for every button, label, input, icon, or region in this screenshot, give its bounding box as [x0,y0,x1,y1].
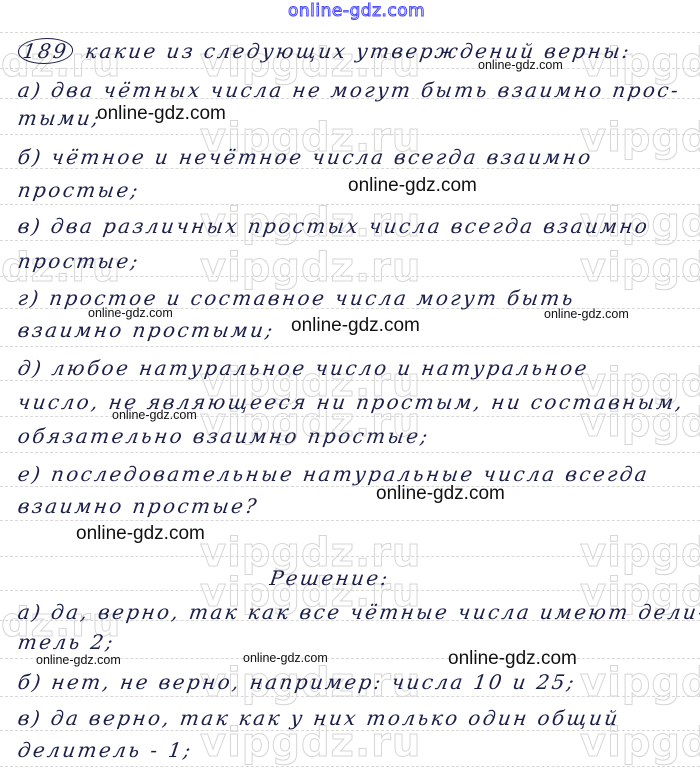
vip-watermark: vipgdz.ru [580,115,700,161]
problem-line-4: простые; [16,178,141,202]
solution-line-0: а) да, верно, так как все чётные числа и… [16,600,700,624]
top-watermark: online-gdz.com [288,1,425,21]
problem-line-8: взаимно простыми; [16,318,276,342]
watermark: online-gdz.com [88,306,173,320]
solution-line-1: тель 2; [16,630,116,654]
solution-line-2: б) нет, не верно, например: числа 10 и 2… [16,670,578,694]
watermark: online-gdz.com [36,653,121,667]
vip-watermark: vipgdz.ru [580,660,700,706]
watermark: online-gdz.com [243,651,328,665]
problem-line-9: д) любое натуральное число и натуральное [16,356,590,380]
ruled-line [0,32,700,33]
watermark: online-gdz.com [291,315,420,337]
solution-heading: Решение: [268,566,391,590]
watermark: online-gdz.com [448,648,577,670]
watermark: online-gdz.com [348,175,477,197]
watermark: online-gdz.com [376,483,505,505]
watermark: online-gdz.com [76,523,205,545]
solution-line-3: в) да верно, так как у них только один о… [16,706,621,730]
problem-line-1: а) два чётных числа не могут быть взаимн… [16,78,682,102]
problem-line-12: е) последовательные натуральные числа вс… [16,462,651,486]
problem-line-13: взаимно простые? [16,494,260,518]
problem-line-5: в) два различных простых числа всегда вз… [16,214,651,238]
ruled-line [0,452,700,453]
ruled-line [0,486,700,487]
ruled-line [0,766,700,767]
watermark: online-gdz.com [478,58,563,72]
watermark: online-gdz.com [112,408,197,422]
watermark: online-gdz.com [97,103,226,125]
solution-line-4: делитель - 1; [16,738,194,762]
problem-number: 189 [16,38,75,64]
vip-watermark: vipgdz.ru [580,245,700,291]
problem-line-3: б) чётное и нечётное числа всегда взаимн… [16,145,594,169]
watermark: online-gdz.com [544,307,629,321]
problem-line-11: обязательно взаимно простые; [16,424,431,448]
problem-line-6: простые; [16,249,141,273]
ruled-line [0,346,700,347]
vip-watermark: vipgdz.ru [200,245,421,291]
ruled-line [0,520,700,521]
problem-line-2: тыми; [16,106,103,130]
